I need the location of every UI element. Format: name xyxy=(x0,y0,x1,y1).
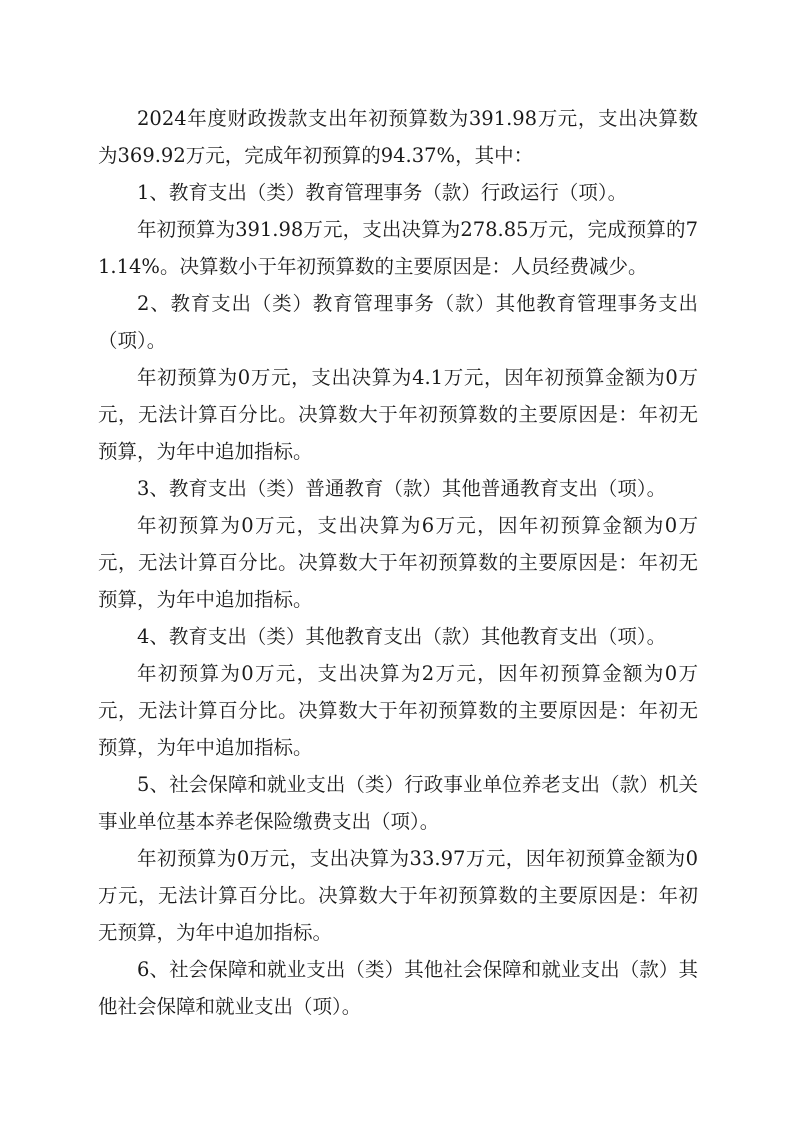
summary-paragraph: 2024年度财政拨款支出年初预算数为391.98万元，支出决算数为369.92万… xyxy=(98,100,698,174)
item-4-detail: 年初预算为0万元，支出决算为2万元，因年初预算金额为0万元，无法计算百分比。决算… xyxy=(98,655,698,766)
item-3-detail: 年初预算为0万元，支出决算为6万元，因年初预算金额为0万元，无法计算百分比。决算… xyxy=(98,507,698,618)
document-page: 2024年度财政拨款支出年初预算数为391.98万元，支出决算数为369.92万… xyxy=(98,100,698,1025)
item-5-heading: 5、社会保障和就业支出（类）行政事业单位养老支出（款）机关事业单位基本养老保险缴… xyxy=(98,766,698,840)
item-5-detail: 年初预算为0万元，支出决算为33.97万元，因年初预算金额为0万元，无法计算百分… xyxy=(98,840,698,951)
item-2-detail: 年初预算为0万元，支出决算为4.1万元，因年初预算金额为0万元，无法计算百分比。… xyxy=(98,359,698,470)
item-1-heading: 1、教育支出（类）教育管理事务（款）行政运行（项）。 xyxy=(98,174,698,211)
item-6-heading: 6、社会保障和就业支出（类）其他社会保障和就业支出（款）其他社会保障和就业支出（… xyxy=(98,951,698,1025)
item-2-heading: 2、教育支出（类）教育管理事务（款）其他教育管理事务支出（项）。 xyxy=(98,285,698,359)
item-3-heading: 3、教育支出（类）普通教育（款）其他普通教育支出（项）。 xyxy=(98,470,698,507)
item-1-detail: 年初预算为391.98万元，支出决算为278.85万元，完成预算的71.14%。… xyxy=(98,211,698,285)
item-4-heading: 4、教育支出（类）其他教育支出（款）其他教育支出（项）。 xyxy=(98,618,698,655)
